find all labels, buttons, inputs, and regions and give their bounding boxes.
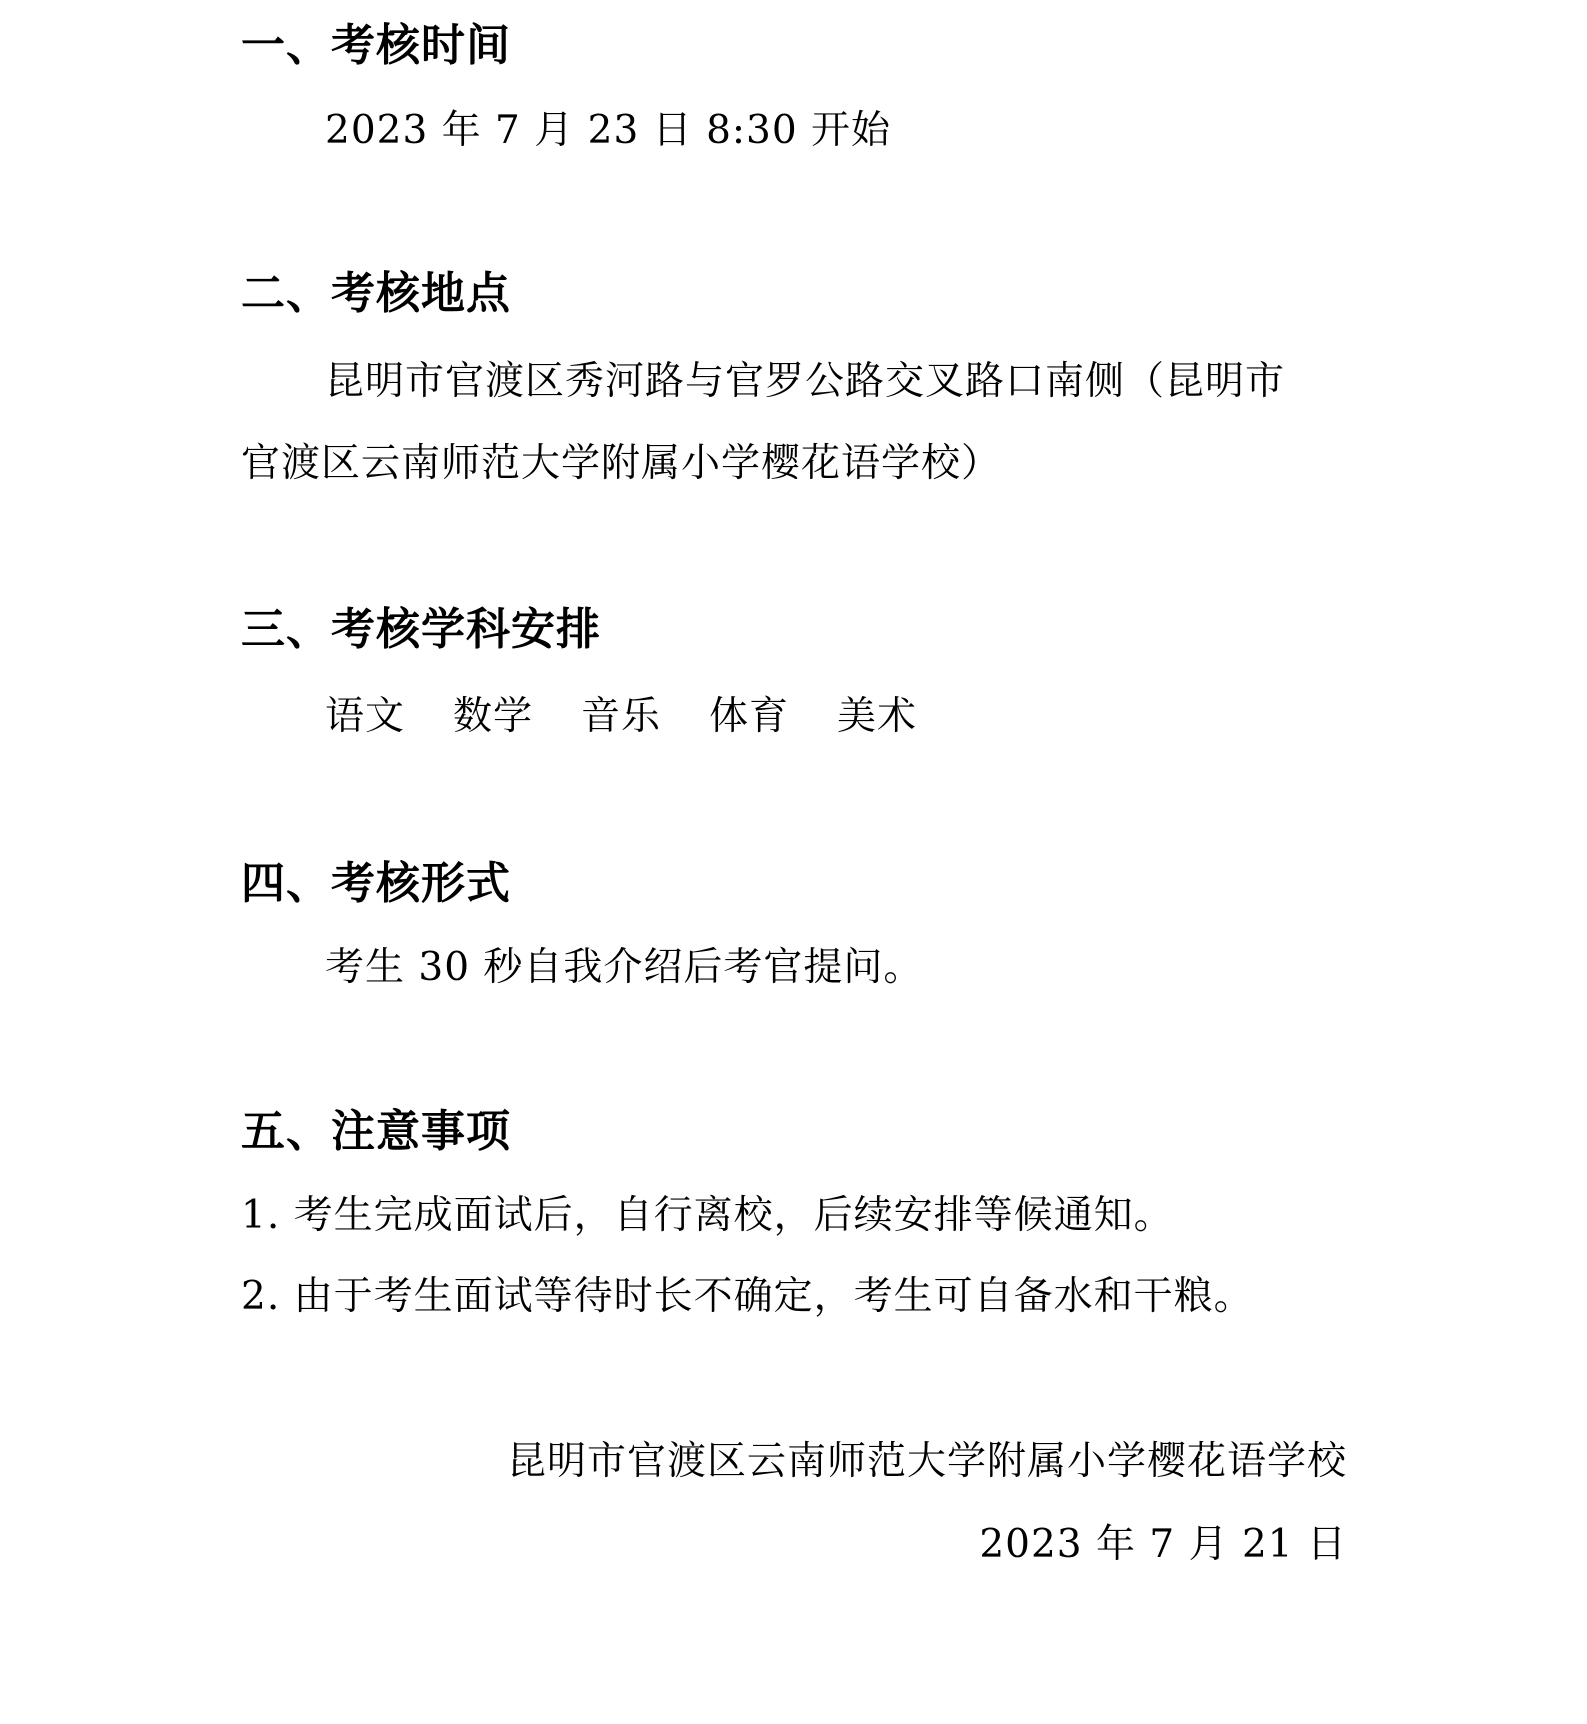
subjects-list: 语文 数学 音乐 体育 美术 <box>325 697 965 736</box>
signature-date: 2023 年 7 月 21 日 <box>979 1525 1347 1564</box>
section-heading-subjects: 三、考核学科安排 <box>241 608 601 652</box>
subject-art: 美术 <box>837 697 965 736</box>
note-item-1: 1. 考生完成面试后，自行离校，后续安排等候通知。 <box>241 1196 1174 1235</box>
subject-chinese: 语文 <box>325 697 453 736</box>
section-heading-location: 二、考核地点 <box>241 272 511 316</box>
section-heading-notes: 五、注意事项 <box>241 1110 511 1154</box>
location-line-1: 昆明市官渡区秀河路与官罗公路交叉路口南侧（昆明市 <box>325 362 1285 401</box>
exam-time-text: 2023 年 7 月 23 日 8:30 开始 <box>325 111 891 150</box>
note-item-2: 2. 由于考生面试等待时长不确定，考生可自备水和干粮。 <box>241 1277 1254 1316</box>
subject-pe: 体育 <box>709 697 837 736</box>
subject-music: 音乐 <box>581 697 709 736</box>
subject-math: 数学 <box>453 697 581 736</box>
location-line-2: 官渡区云南师范大学附属小学樱花语学校） <box>241 444 1001 483</box>
section-heading-time: 一、考核时间 <box>241 24 511 68</box>
signature-organization: 昆明市官渡区云南师范大学附属小学樱花语学校 <box>507 1442 1347 1481</box>
section-heading-format: 四、考核形式 <box>241 862 511 906</box>
exam-format-text: 考生 30 秒自我介绍后考官提问。 <box>325 948 923 987</box>
